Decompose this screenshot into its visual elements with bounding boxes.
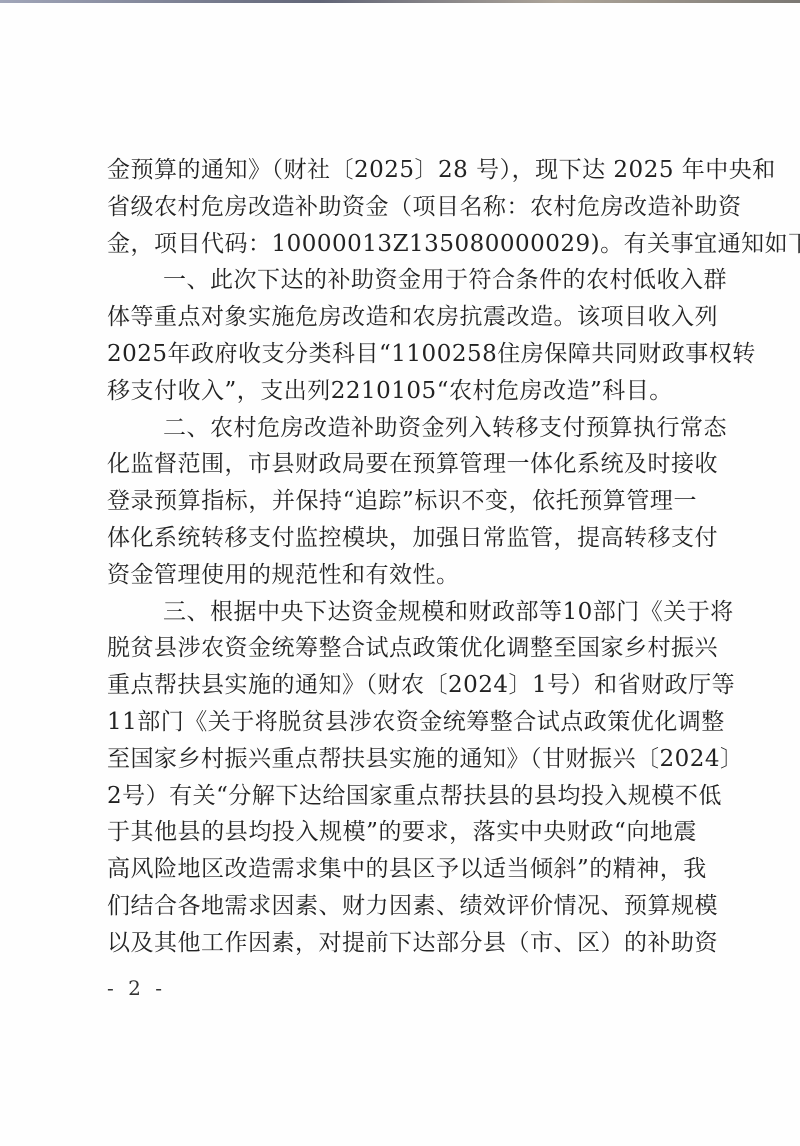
paragraph-item-3: 三、根据中央下达资金规模和财政部等10部门《关于将 脱贫县涉农资金统筹整合试点政…: [107, 594, 697, 962]
text-line: 移支付收入”，支出列2210105“农村危房改造”科目。: [107, 373, 697, 410]
text-line: 至国家乡村振兴重点帮扶县实施的通知》（甘财振兴〔2024〕: [107, 741, 697, 778]
text-line: 重点帮扶县实施的通知》（财农〔2024〕1号）和省财政厅等: [107, 667, 697, 704]
text-line: 金预算的通知》（财社〔2025〕28 号），现下达 2025 年中央和: [107, 152, 697, 189]
text-line: 金，项目代码：10000013Z135080000029)。有关事宜通知如下：: [107, 226, 697, 263]
text-line: 二、农村危房改造补助资金列入转移支付预算执行常态: [107, 410, 697, 447]
text-line: 资金管理使用的规范性和有效性。: [107, 557, 697, 594]
text-line: 省级农村危房改造补助资金（项目名称：农村危房改造补助资: [107, 189, 697, 226]
text-line: 化监督范围，市县财政局要在预算管理一体化系统及时接收: [107, 446, 697, 483]
text-line: 一、此次下达的补助资金用于符合条件的农村低收入群: [107, 262, 697, 299]
text-line: 2号）有关“分解下达给国家重点帮扶县的县均投入规模不低: [107, 778, 697, 815]
text-line: 三、根据中央下达资金规模和财政部等10部门《关于将: [107, 594, 697, 631]
page-number: - 2 -: [107, 976, 166, 1000]
text-line: 于其他县的县均投入规模”的要求，落实中央财政“向地震: [107, 814, 697, 851]
paragraph-intro-continuation: 金预算的通知》（财社〔2025〕28 号），现下达 2025 年中央和 省级农村…: [107, 152, 697, 262]
text-line: 体化系统转移支付监控模块，加强日常监管，提高转移支付: [107, 520, 697, 557]
text-line: 们结合各地需求因素、财力因素、绩效评价情况、预算规模: [107, 888, 697, 925]
text-line: 高风险地区改造需求集中的县区予以适当倾斜”的精神，我: [107, 851, 697, 888]
paragraph-item-1: 一、此次下达的补助资金用于符合条件的农村低收入群 体等重点对象实施危房改造和农房…: [107, 262, 697, 409]
scan-edge: [0, 0, 800, 3]
document-body: 金预算的通知》（财社〔2025〕28 号），现下达 2025 年中央和 省级农村…: [107, 152, 697, 962]
text-line: 体等重点对象实施危房改造和农房抗震改造。该项目收入列: [107, 299, 697, 336]
paragraph-item-2: 二、农村危房改造补助资金列入转移支付预算执行常态 化监督范围，市县财政局要在预算…: [107, 410, 697, 594]
text-line: 11部门《关于将脱贫县涉农资金统筹整合试点政策优化调整: [107, 704, 697, 741]
text-line: 脱贫县涉农资金统筹整合试点政策优化调整至国家乡村振兴: [107, 630, 697, 667]
text-line: 2025年政府收支分类科目“1100258住房保障共同财政事权转: [107, 336, 697, 373]
text-line: 登录预算指标，并保持“追踪”标识不变，依托预算管理一: [107, 483, 697, 520]
text-line: 以及其他工作因素，对提前下达部分县（市、区）的补助资: [107, 925, 697, 962]
